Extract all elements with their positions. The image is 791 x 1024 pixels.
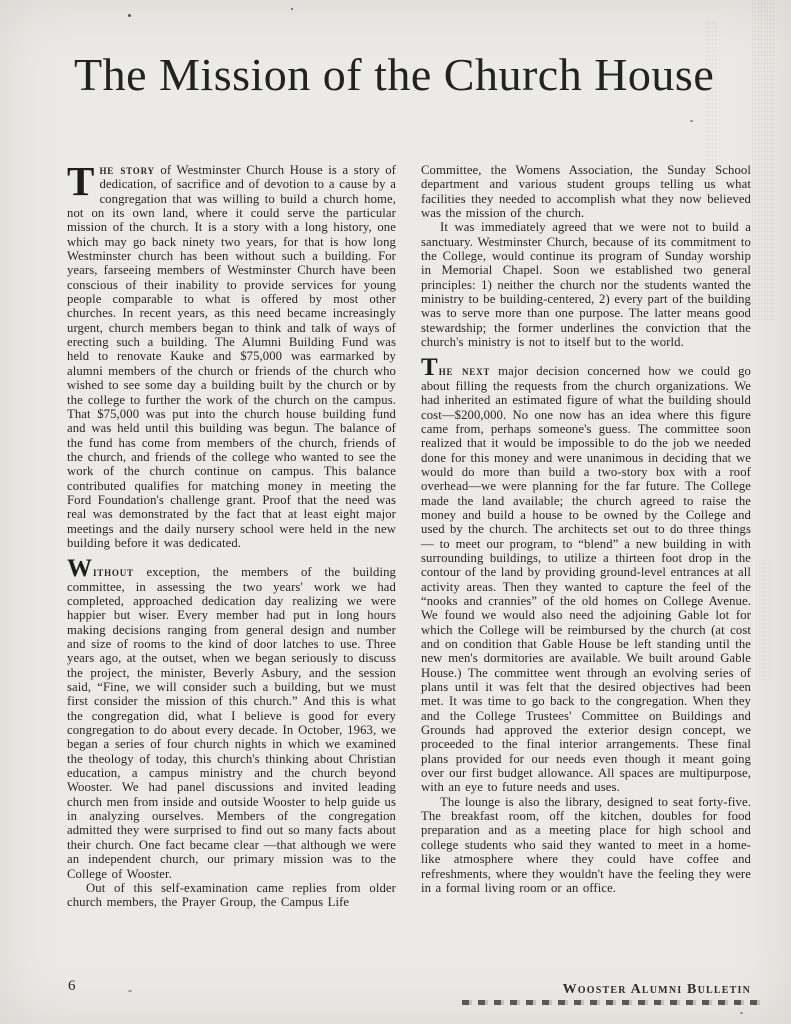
paragraph-story: The story of Westminster Church House is… <box>67 163 396 550</box>
article-title: The Mission of the Church House <box>74 48 774 101</box>
drop-cap-initial: T <box>67 163 99 198</box>
scan-speck <box>128 14 131 17</box>
paragraph-without-exception: Without exception, the members of the bu… <box>67 565 396 881</box>
paragraph-self-examination: Out of this self-examination came replie… <box>67 881 396 910</box>
raised-cap-initial: T <box>421 354 439 381</box>
lead-small-caps: ithout <box>93 565 134 579</box>
lead-small-caps: he next <box>439 364 491 378</box>
scan-noise-strip <box>756 560 772 680</box>
paragraph-text: major decision concerned how we could go… <box>421 364 751 794</box>
paragraph-text: of Westminster Church House is a story o… <box>67 163 396 550</box>
paragraph-committee-continuation: Committee, the Womens Association, the S… <box>421 163 751 220</box>
scan-speck <box>740 1012 743 1014</box>
scan-speck <box>291 8 293 10</box>
bulletin-title: Wooster Alumni Bulletin <box>563 982 751 998</box>
paragraph-next-decision: The next major decision concerned how we… <box>421 364 751 794</box>
scan-smudge-streak <box>462 1000 762 1005</box>
paragraph-lounge-library: The lounge is also the library, designed… <box>421 795 751 895</box>
lead-small-caps: he story <box>99 163 154 177</box>
scan-speck <box>128 990 132 992</box>
magazine-page: The Mission of the Church House The stor… <box>0 0 791 1024</box>
right-column: Committee, the Womens Association, the S… <box>421 163 751 895</box>
paragraph-immediately-agreed: It was immediately agreed that we were n… <box>421 220 751 349</box>
paragraph-text: exception, the members of the building c… <box>67 565 396 880</box>
scan-speck <box>690 120 693 122</box>
left-column: The story of Westminster Church House is… <box>67 163 396 910</box>
raised-cap-initial: W <box>67 555 93 582</box>
page-number: 6 <box>68 978 76 995</box>
